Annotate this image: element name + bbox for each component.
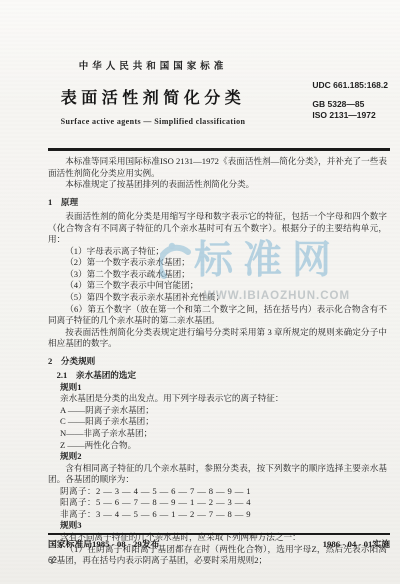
list-item: （1）字母表示离子特征； bbox=[48, 246, 387, 258]
document-header: 中华人民共和国国家标准 表面活性剂简化分类 Surface active age… bbox=[48, 58, 388, 126]
list-item: 阳离子：5 — 6 — 7 — 8 — 9 — 1 — 2 — 3 — 4 bbox=[48, 497, 387, 509]
intro-paragraph-2: 本标准规定了按基团排列的表面活性剂简化分类。 bbox=[48, 179, 387, 191]
issued-date: 国家标准局1985 - 08 - 29发布 bbox=[48, 537, 159, 550]
rule-2-label: 规则2 bbox=[48, 451, 387, 463]
intro-paragraph-1: 本标准等同采用国际标准ISO 2131—1972《表面活性剂—简化分类》，并补充… bbox=[48, 156, 387, 179]
list-item: （3）第二个数字表示疏水基团； bbox=[48, 269, 387, 281]
page-title: 表面活性剂简化分类 bbox=[48, 85, 258, 108]
document-footer: 国家标准局1985 - 08 - 29发布 1986 - 04 - 01实施 bbox=[48, 537, 390, 550]
section-1-heading: 1 原理 bbox=[48, 197, 387, 209]
list-item: （2）第一个数字表示亲水基团； bbox=[48, 257, 387, 269]
list-item: （6）第五个数字（放在第一个和第二个数字之间，括在括号内）表示化合物含有不同离子… bbox=[48, 304, 387, 327]
rule-1-intro: 亲水基团是分类的出发点。用下列字母表示它的离子特征： bbox=[48, 393, 387, 405]
section-2-heading: 2 分类规则 bbox=[48, 356, 387, 368]
section-1-paragraph: 表面活性剂的简化分类是用缩写字母和数字表示它的特征，包括一个字母和四个数字（化合… bbox=[48, 211, 387, 246]
list-item: N——非离子亲水基团； bbox=[48, 428, 387, 440]
list-item: 非离子：3 — 4 — 5 — 6 — 1 — 2 — 7 — 8 — 9 bbox=[48, 509, 387, 521]
page-number: 62 bbox=[48, 556, 57, 565]
scanned-standard-page: 中华人民共和国国家标准 表面活性剂简化分类 Surface active age… bbox=[0, 0, 400, 584]
list-item: Z ——两性化合物。 bbox=[48, 440, 387, 452]
document-body: 本标准等同采用国际标准ISO 2131—1972《表面活性剂—简化分类》，并补充… bbox=[48, 156, 387, 567]
rule-2-intro: 含有相同离子特征的几个亲水基时，参照分类表，按下列数字的顺序选择主要亲水基团。各… bbox=[48, 463, 387, 486]
list-item: （4）第三个数字表示中间官能团； bbox=[48, 280, 387, 292]
list-item: 阴离子：2 — 3 — 4 — 5 — 6 — 7 — 8 — 9 — 1 bbox=[48, 486, 387, 498]
section-1-paragraph-2: 按表面活性剂简化分类表规定进行编号分类时采用第 3 章所规定的规则来确定分子中相… bbox=[48, 327, 387, 350]
standard-codes: UDC 661.185:168.2 GB 5328—85 ISO 2131—19… bbox=[312, 58, 388, 126]
section-2-1-heading: 2.1 亲水基团的选定 bbox=[48, 370, 387, 382]
rule-3-label: 规则3 bbox=[48, 520, 387, 532]
page-subtitle-en: Surface active agents — Simplified class… bbox=[48, 117, 258, 126]
standard-authority: 中华人民共和国国家标准 bbox=[48, 58, 258, 72]
udc-code: UDC 661.185:168.2 bbox=[312, 80, 388, 91]
iso-number: ISO 2131—1972 bbox=[312, 110, 388, 121]
list-item: A ——阴离子亲水基团； bbox=[48, 405, 387, 417]
list-item: （5）第四个数字表示亲水基团补充性质； bbox=[48, 292, 387, 304]
footer-divider bbox=[48, 533, 390, 535]
gb-number: GB 5328—85 bbox=[312, 99, 388, 110]
header-divider bbox=[48, 148, 390, 151]
list-item: C ——阳离子亲水基团； bbox=[48, 416, 387, 428]
implemented-date: 1986 - 04 - 01实施 bbox=[323, 537, 390, 550]
rule-1-label: 规则1 bbox=[48, 382, 387, 394]
header-title-block: 中华人民共和国国家标准 表面活性剂简化分类 Surface active age… bbox=[48, 58, 258, 126]
